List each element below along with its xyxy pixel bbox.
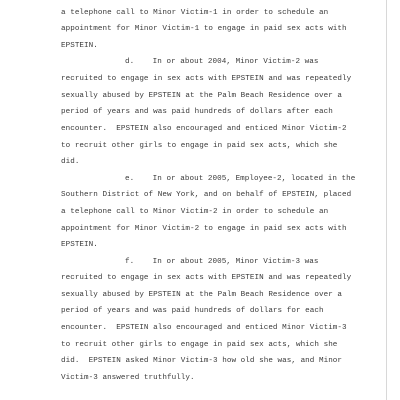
text-line: appointment for Minor Victim-2 to engage… — [61, 224, 347, 234]
text-line: e. In or about 2005, Employee-2, located… — [125, 174, 355, 184]
text-line: to recruit other girls to engage in paid… — [61, 340, 337, 350]
text-line: sexually abused by EPSTEIN at the Palm B… — [61, 91, 342, 101]
text-line: EPSTEIN. — [61, 41, 98, 51]
page-edge — [386, 0, 387, 400]
text-line: encounter. EPSTEIN also encouraged and e… — [61, 323, 347, 333]
text-line: sexually abused by EPSTEIN at the Palm B… — [61, 290, 342, 300]
text-line: period of years and was paid hundreds of… — [61, 107, 333, 117]
text-line: d. In or about 2004, Minor Victim-2 was — [125, 57, 319, 67]
text-line: recruited to engage in sex acts with EPS… — [61, 273, 351, 283]
text-line: Southern District of New York, and on be… — [61, 190, 351, 200]
text-line: appointment for Minor Victim-1 to engage… — [61, 24, 347, 34]
text-line: to recruit other girls to engage in paid… — [61, 141, 337, 151]
text-line: recruited to engage in sex acts with EPS… — [61, 74, 351, 84]
text-line: EPSTEIN. — [61, 240, 98, 250]
text-line: Victim-3 answered truthfully. — [61, 373, 195, 383]
text-line: did. EPSTEIN asked Minor Victim-3 how ol… — [61, 356, 342, 366]
text-line: period of years and was paid hundreds of… — [61, 306, 324, 316]
text-line: f. In or about 2005, Minor Victim-3 was — [125, 257, 319, 267]
text-line: a telephone call to Minor Victim-2 in or… — [61, 207, 328, 217]
text-line: encounter. EPSTEIN also encouraged and e… — [61, 124, 347, 134]
text-line: a telephone call to Minor Victim-1 in or… — [61, 8, 328, 18]
text-line: did. — [61, 157, 79, 167]
